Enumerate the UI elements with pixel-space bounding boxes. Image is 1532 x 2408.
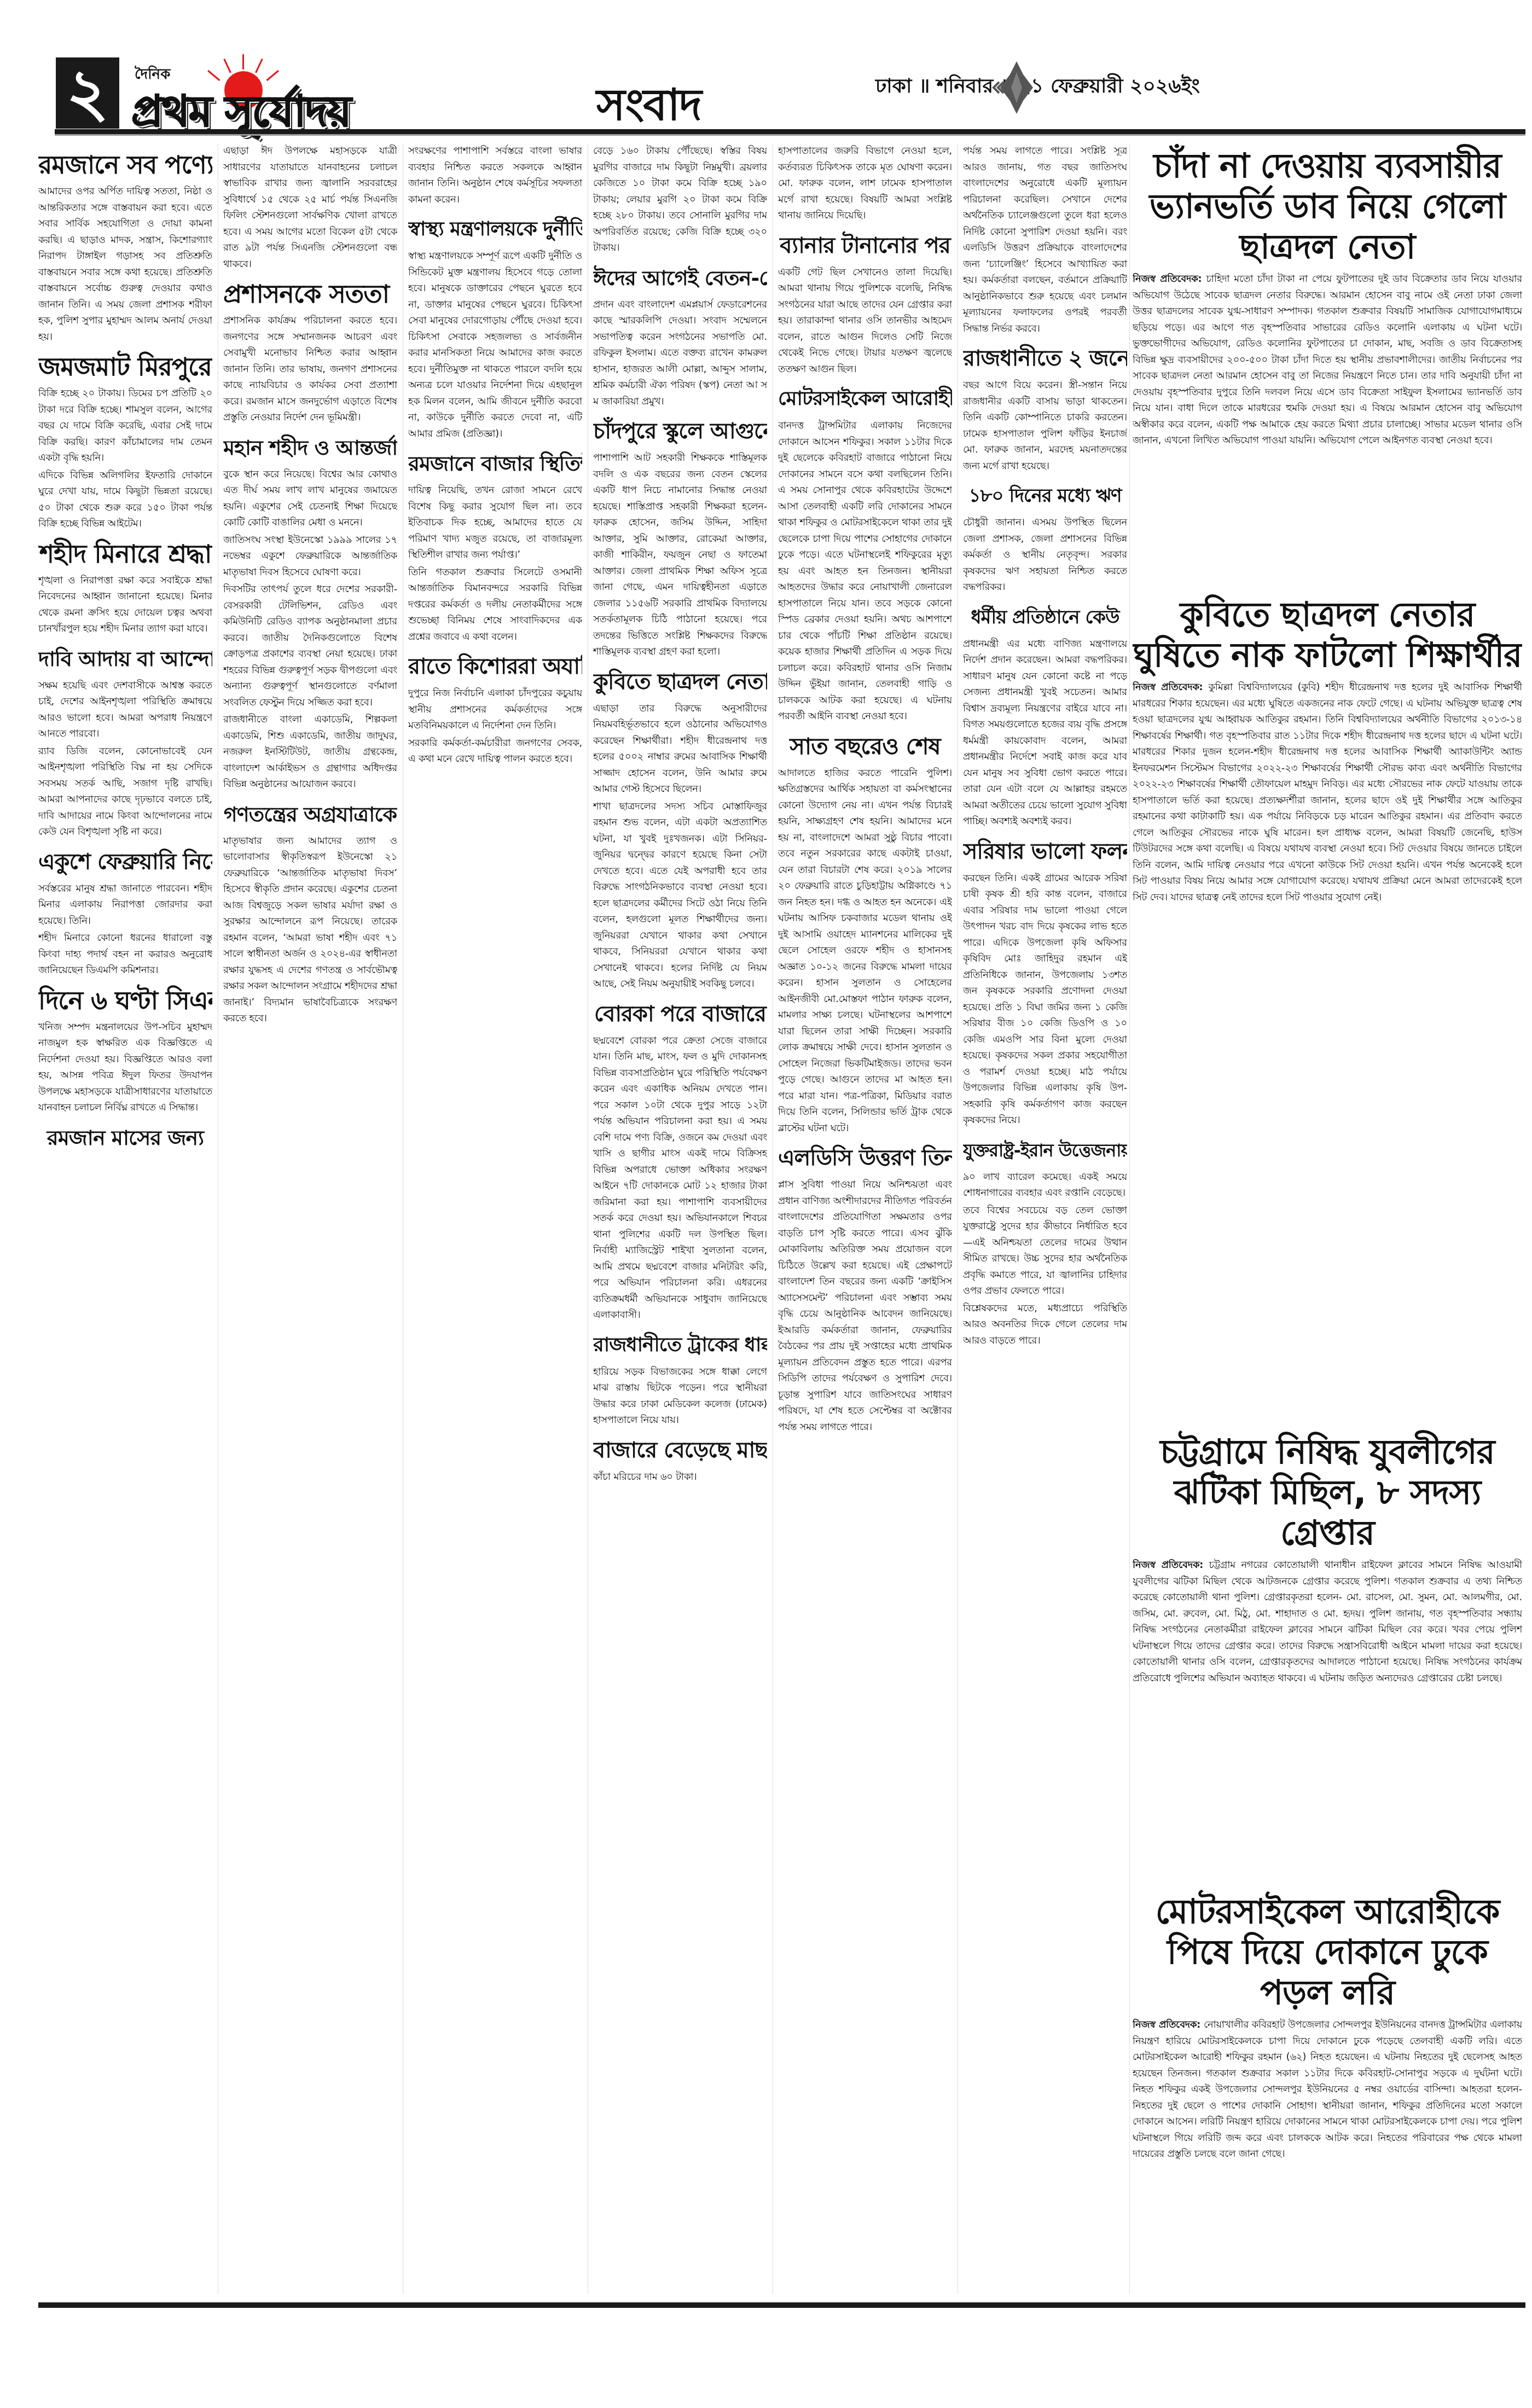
article-body: হাসপাতালের জরুরি বিভাগে নেওয়া হলে, কর্ত… (778, 143, 952, 224)
column-divider (218, 143, 218, 2294)
article-body: তবে বিশ্বের সবচেয়ে বড় তেল ভোক্তা যুক্ত… (963, 1203, 1127, 1300)
article-body: শাখা ছাত্রদলের সদস্য সচিব মোস্তাফিজুর রহ… (593, 799, 767, 993)
dateline: ঢাকা ॥ শনিবার ॥ ২১ ফেব্রুয়ারী ২০২৬ইং (875, 71, 1200, 104)
article-headline: চাঁদপুরে স্কুলে আগুনে (593, 415, 767, 447)
article-body: খনিজ সম্পদ মন্ত্রনালয়ের উপ-সচিব মুহাম্ম… (38, 1020, 212, 1116)
article-headline: সরিষার ভালো ফলন (963, 836, 1127, 867)
article-body: একটি গেট ছিল সেখানেও তালা দিয়েছি। আমরা … (778, 265, 952, 378)
article-headline: রমজানে বাজার স্থিতিশীল (408, 448, 582, 479)
article-body: পর্যন্ত সময় লাগতে পারে। সংশ্লিষ্ট সূত্র… (963, 143, 1127, 337)
article: বোরকা পরে বাজারে ছদ্মবেশে বোরকা পরে ক্রে… (593, 998, 767, 1324)
lead-article: চাঁদা না দেওয়ায় ব্যবসায়ীর ভ্যানভর্তি … (1133, 143, 1522, 592)
article-body: সংরক্ষণের পাশাপাশি সর্বস্তরে বাংলা ভাষার… (408, 143, 582, 208)
column-divider (588, 143, 588, 2294)
article-headline: ব্যানার টানানোর পর (778, 230, 952, 262)
article: পর্যন্ত সময় লাগতে পারে। সংশ্লিষ্ট সূত্র… (963, 143, 1127, 337)
article-byline: নিজস্ব প্রতিবেদক: (1133, 2019, 1200, 2030)
article-headline: রাতে কিশোররা অযাচিত (408, 651, 582, 682)
article: বেড়ে ১৬০ টাকায় পৌঁছেছে। স্বস্তির বিষয়… (593, 143, 767, 257)
right-column: চাঁদা না দেওয়ায় ব্যবসায়ীর ভ্যানভর্তি … (1133, 143, 1522, 2294)
article-headline: এলডিসি উত্তরণ তিন (778, 1142, 952, 1174)
article-body: কাঁচা মরিচের দাম ৬০ টাকা। (593, 1469, 767, 1486)
article-body: প্লাস সুবিধা পাওয়া নিয়ে অনিশ্চয়তা এবং… (778, 1177, 952, 1435)
article-body: সরকারি কর্মকর্তা-কর্মচারীরা জনগণের সেবক,… (408, 736, 582, 768)
article: দিনে ৬ ঘণ্টা সিএনজি খনিজ সম্পদ মন্ত্রনাল… (38, 985, 212, 1116)
article: রমজানে বাজার স্থিতিশীল দায়িত্ব নিয়েছি,… (408, 448, 582, 645)
column-1: রমজানে সব পণ্যের আমাদের ওপর অর্পিত দায়ি… (38, 143, 212, 2294)
article-byline: নিজস্ব প্রতিবেদক: (1133, 1560, 1203, 1571)
article-body: আদালতে হাজির করতে পারেনি পুলিশ। ক্ষতিগ্র… (778, 766, 952, 1137)
article-body: নোয়াখালীর কবিরহাট উপজেলার সোন্দলপুর ইউন… (1133, 2019, 1522, 2160)
article: কুবিতে ছাত্রদল নেতার এছাড়া তার বিরুদ্ধে… (593, 666, 767, 993)
article: যুক্তরাষ্ট্র-ইরান উত্তেজনায় ৯০ লাখ ব্যা… (963, 1134, 1127, 1350)
article-headline: মোটরসাইকেল আরোহীকে পিষে দিয়ে দোকানে ঢুক… (1133, 1891, 1522, 2013)
article-body: আমাদের ওপর অর্পিত দায়িত্ব সততা, নিষ্ঠা … (38, 184, 212, 345)
article-body: স্বাস্থ্য মন্ত্রণালয়কে সম্পূর্ণ রূপে এক… (408, 248, 582, 442)
column-divider (1129, 143, 1130, 2294)
article-headline: ধর্মীয় প্রতিষ্ঠানে কেউ (963, 601, 1127, 633)
article: ১৮০ দিনের মধ্যে ঋণ চৌধুরী জানান। এসময় উ… (963, 480, 1127, 596)
article: বাজারে বেড়েছে মাছ কাঁচা মরিচের দাম ৬০ ট… (593, 1434, 767, 1486)
star-emblem-icon (990, 60, 1034, 115)
article: রাজধানীতে ট্রাকের ধাক্কায় হারিয়ে সড়ক … (593, 1329, 767, 1429)
article-headline: দাবি আদায় বা আন্দোলনের (38, 643, 212, 675)
article: ঈদের আগেই বেতন-বোনাস প্রদান এবং বাংলাদেশ… (593, 262, 767, 410)
article: মোটরসাইকেল আরোহীকে বানদত্ত ট্রান্সমিটার … (778, 383, 952, 725)
article-headline: মোটরসাইকেল আরোহীকে (778, 383, 952, 415)
article: হাসপাতালের জরুরি বিভাগে নেওয়া হলে, কর্ত… (778, 143, 952, 224)
article: ধর্মীয় প্রতিষ্ঠানে কেউ প্রধানমন্ত্রী এর… (963, 601, 1127, 830)
article-body: বিক্রি হচ্ছে ২০ টাকায়। ডিমের চপ প্রতিটি… (38, 386, 212, 467)
article-body: প্রধানমন্ত্রী এর মধ্যে বাণিজ্য মন্ত্রণাল… (963, 636, 1127, 830)
article-body: পাশাপাশি আট সহকারী শিক্ষককে শাস্তিমূলক ব… (593, 450, 767, 661)
article: রমজান মাসের জন্য (38, 1122, 212, 1154)
article: সংরক্ষণের পাশাপাশি সর্বস্তরে বাংলা ভাষার… (408, 143, 582, 208)
article: চট্টগ্রামে নিষিদ্ধ যুবলীগের ঝটিকা মিছিল,… (1133, 1429, 1522, 1889)
article-body: শহীদ মিনারে কোনো ধরনের ধারালো বস্তু কিংব… (38, 930, 212, 979)
article: এছাড়া ঈদ উপলক্ষে মহাসড়কে যাত্রী সাধারণ… (223, 143, 397, 273)
article: সরিষার ভালো ফলন করছেন তিনি। একই গ্রামের … (963, 836, 1127, 1129)
article-body: চাহিদা মতো চাঁদা টাকা না পেয়ে ফুটপাতের … (1133, 274, 1522, 446)
article-headline: রমজানে সব পণ্যের (38, 149, 212, 181)
article: মোটরসাইকেল আরোহীকে পিষে দিয়ে দোকানে ঢুক… (1133, 1889, 1522, 2294)
article-body: তিনি গতকাল শুক্রবার সিলেটে ওসমানী আন্তর্… (408, 565, 582, 646)
article-body: কুমিল্লা বিশ্ববিদ্যালয়ের (কুবি) শহীদ ধী… (1133, 682, 1522, 903)
article-headline: মহান শহীদ ও আন্তর্জাতিক (223, 432, 397, 464)
article: রাতে কিশোররা অযাচিত দুপুরে নিজ নির্বাচনি… (408, 651, 582, 768)
article-body: বিশ্লেষকদের মতে, মধ্যপ্রাচ্যে পরিস্থিতি … (963, 1301, 1127, 1350)
article-body: দায়িত্ব নিয়েছি, তখন রোজা সামনে রেখে বি… (408, 483, 582, 564)
article-headline: গণতন্ত্রের অগ্রযাত্রাকে (223, 798, 397, 830)
article-body: দুপুরে নিজ নির্বাচনি এলাকা চাঁদপুরের কচু… (408, 686, 582, 734)
article: গণতন্ত্রের অগ্রযাত্রাকে মাতৃভাষার জন্য আ… (223, 798, 397, 1027)
article-body: চট্টগ্রাম নগরের কোতোয়ালী থানাধীন রাইফেল… (1133, 1560, 1522, 1684)
article-headline: শহীদ মিনারে শ্রদ্ধা (38, 538, 212, 570)
article-body: বুকে স্থান করে নিয়েছে। বিশ্বের আর কোথাও… (223, 467, 397, 531)
article-body: র‌্যাব ডিজি বলেন, কোনোভাবেই যেন আইনশৃঙ্খ… (38, 744, 212, 841)
article-body: এছাড়া ঈদ উপলক্ষে মহাসড়কে যাত্রী সাধারণ… (223, 143, 397, 273)
article-byline: নিজস্ব প্রতিবেদক: (1133, 274, 1202, 285)
article-body: এদিকে বিভিন্ন অলিগলির ইফতারি দোকানে ঘুরে… (38, 468, 212, 532)
masthead: ২ দৈনিক প্রথম সূর্যোদয় সংবাদ ঢাকা ॥ শনি… (0, 0, 1532, 131)
article-body: বছর আগে বিয়ে করেন। স্ত্রী-সন্তান নিয়ে … (963, 378, 1127, 474)
article-headline: চাঁদা না দেওয়ায় ব্যবসায়ীর ভ্যানভর্তি … (1133, 146, 1522, 267)
article-body: সক্ষম হয়েছি এবং দেশবাসীকে আশ্বস্ত করতে … (38, 678, 212, 743)
column-divider (773, 143, 773, 2294)
article-body: প্রশাসনিক কার্যক্রম পরিচালনা করতে হবে। জ… (223, 313, 397, 426)
article-headline: বোরকা পরে বাজারে (593, 998, 767, 1030)
newspaper-name: প্রথম সূর্যোদয় (131, 78, 351, 149)
column-divider (403, 143, 403, 2294)
article-headline: কুবিতে ছাত্রদল নেতার (593, 666, 767, 698)
header-rule (55, 129, 1525, 136)
article-body: এছাড়া তার বিরুদ্ধে অনুসারীদের নিয়মবহির… (593, 701, 767, 798)
sun-ray-icon (223, 59, 231, 73)
sun-ray-icon (255, 59, 263, 73)
article-headline: বাজারে বেড়েছে মাছ (593, 1434, 767, 1466)
article: দাবি আদায় বা আন্দোলনের সক্ষম হয়েছি এবং… (38, 643, 212, 841)
article-body: প্রদান এবং বাংলাদেশ এমপ্লয়ার্স ফেডারেশন… (593, 297, 767, 410)
article-body: ছদ্মবেশে বোরকা পরে ক্রেতা সেজে বাজারে যা… (593, 1033, 767, 1324)
article-body: হারিয়ে সড়ক বিভাজকের সঙ্গে ধাক্কা লেগে … (593, 1364, 767, 1429)
article-headline: সাত বছরেও শেষ (778, 731, 952, 762)
article-body: বেড়ে ১৬০ টাকায় পৌঁছেছে। স্বস্তির বিষয়… (593, 143, 767, 257)
column-6: পর্যন্ত সময় লাগতে পারে। সংশ্লিষ্ট সূত্র… (963, 143, 1127, 2294)
article-body: রাজধানীতে বাংলা একাডেমি, শিল্পকলা একাডেম… (223, 712, 397, 793)
article-body: দিবসটির তাৎপর্য তুলে ধরে দেশের সরকারী-বে… (223, 582, 397, 711)
column-divider (957, 143, 958, 2294)
article-body: ৯০ লাখ ব্যারেল কমেছে। একই সময়ে শোধনাগার… (963, 1170, 1127, 1202)
article-body: চৌধুরী জানান। এসময় উপস্থিত ছিলেন জেলা প… (963, 515, 1127, 596)
article: একুশে ফেব্রুয়ারি নিয়ে সর্বস্তরের মানুষ… (38, 846, 212, 979)
article-body: মাতৃভাষার জন্য আমাদের ত্যাগ ও ভালোবাসার … (223, 833, 397, 1027)
article: এলডিসি উত্তরণ তিন প্লাস সুবিধা পাওয়া নি… (778, 1142, 952, 1435)
article-headline: প্রশাসনকে সততা ও (223, 278, 397, 310)
article-headline: স্বাস্থ্য মন্ত্রণালয়কে দুর্নীতি (408, 213, 582, 245)
article-byline: নিজস্ব প্রতিবেদক: (1133, 682, 1203, 693)
article-headline: দিনে ৬ ঘণ্টা সিএনজি (38, 985, 212, 1016)
column-3: সংরক্ষণের পাশাপাশি সর্বস্তরে বাংলা ভাষার… (408, 143, 582, 2294)
sun-ray-icon (242, 54, 244, 70)
article-headline: ১৮০ দিনের মধ্যে ঋণ (963, 480, 1127, 512)
article: রাজধানীতে ২ জনের বছর আগে বিয়ে করেন। স্ত… (963, 343, 1127, 474)
article-headline: রাজধানীতে ট্রাকের ধাক্কায় (593, 1329, 767, 1361)
article: সাত বছরেও শেষ আদালতে হাজির করতে পারেনি প… (778, 731, 952, 1137)
article: চাঁদপুরে স্কুলে আগুনে পাশাপাশি আট সহকারী… (593, 415, 767, 661)
page-number: ২ (56, 57, 119, 129)
article: জমজমাট মিরপুরের বিক্রি হচ্ছে ২০ টাকায়। … (38, 351, 212, 532)
article-body: জাতিসংঘ সংস্থা ইউনেস্কো ১৯৯৯ সালের ১৭ নভ… (223, 532, 397, 581)
article-headline: চট্টগ্রামে নিষিদ্ধ যুবলীগের ঝটিকা মিছিল,… (1133, 1432, 1522, 1553)
column-4: বেড়ে ১৬০ টাকায় পৌঁছেছে। স্বস্তির বিষয়… (593, 143, 767, 2294)
article: প্রশাসনকে সততা ও প্রশাসনিক কার্যক্রম পরি… (223, 278, 397, 426)
article-headline: ঈদের আগেই বেতন-বোনাস (593, 262, 767, 294)
article-body: বানদত্ত ট্রান্সমিটার এলাকায় নিজেদের দোক… (778, 418, 952, 725)
article: কুবিতে ছাত্রদল নেতার ঘুষিতে নাক ফাটলো শি… (1133, 592, 1522, 1429)
article-body: সর্বস্তরের মানুষ শ্রদ্ধা জানাতে পারবেন। … (38, 881, 212, 930)
column-2: এছাড়া ঈদ উপলক্ষে মহাসড়কে যাত্রী সাধারণ… (223, 143, 397, 2294)
footer-rule (38, 2302, 1525, 2308)
article-headline: রমজান মাসের জন্য (38, 1122, 212, 1154)
article-body: করছেন তিনি। একই গ্রামের আরেক সরিষা চাষী … (963, 871, 1127, 1129)
article-body: শৃঙ্খলা ও নিরাপত্তা রক্ষা করে সবাইকে শ্র… (38, 573, 212, 638)
article-headline: রাজধানীতে ২ জনের (963, 343, 1127, 374)
article: শহীদ মিনারে শ্রদ্ধা শৃঙ্খলা ও নিরাপত্তা … (38, 538, 212, 638)
column-5: হাসপাতালের জরুরি বিভাগে নেওয়া হলে, কর্ত… (778, 143, 952, 2294)
article-headline: যুক্তরাষ্ট্র-ইরান উত্তেজনায় (963, 1134, 1127, 1166)
newspaper-logo: দৈনিক প্রথম সূর্যোদয় (131, 57, 427, 129)
article-headline: জমজমাট মিরপুরের (38, 351, 212, 383)
article-headline: কুবিতে ছাত্রদল নেতার ঘুষিতে নাক ফাটলো শি… (1133, 594, 1522, 675)
article-headline: একুশে ফেব্রুয়ারি নিয়ে (38, 846, 212, 878)
article: রমজানে সব পণ্যের আমাদের ওপর অর্পিত দায়ি… (38, 149, 212, 345)
article: মহান শহীদ ও আন্তর্জাতিক বুকে স্থান করে ন… (223, 432, 397, 793)
article: স্বাস্থ্য মন্ত্রণালয়কে দুর্নীতি স্বাস্থ… (408, 213, 582, 442)
article: ব্যানার টানানোর পর একটি গেট ছিল সেখানেও … (778, 230, 952, 378)
